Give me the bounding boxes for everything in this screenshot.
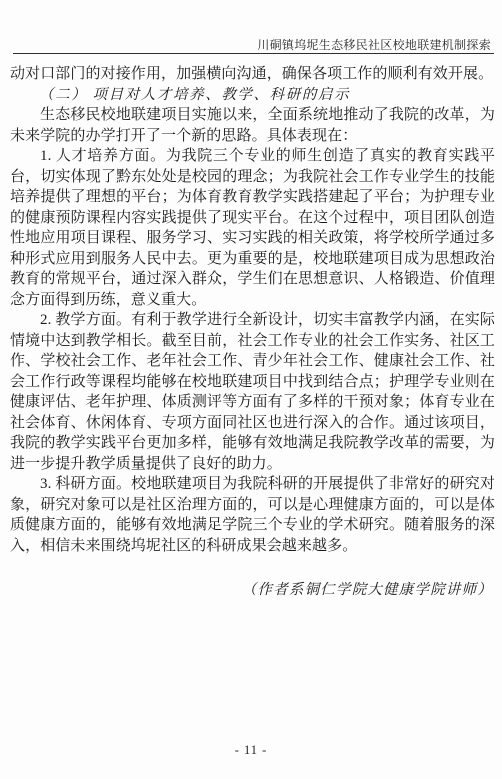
page-number: - 11 -	[0, 743, 502, 758]
author-note: （作者系铜仁学院大健康学院讲师）	[10, 580, 495, 601]
paragraph-continuation: 动对口部门的对接作用，加强横向沟通，确保各项工作的顺利有效开展。	[10, 64, 495, 85]
page-body: 动对口部门的对接作用，加强横向沟通，确保各项工作的顺利有效开展。 （二） 项目对…	[10, 64, 495, 601]
running-header-title: 川硐镇坞坭生态移民社区校地联建机制探索	[257, 36, 491, 53]
paragraph-intro: 生态移民校地联建项目实施以来，全面系统地推动了我院的改革，为未来学院的办学打开了…	[10, 105, 495, 146]
paragraph-research: 3. 科研方面。校地联建项目为我院科研的开展提供了非常好的研究对象，研究对象可以…	[10, 474, 495, 556]
document-page: 川硐镇坞坭生态移民社区校地联建机制探索 动对口部门的对接作用，加强横向沟通，确保…	[0, 0, 502, 779]
header-rule	[13, 53, 494, 54]
paragraph-talent-cultivation: 1. 人才培养方面。为我院三个专业的师生创造了真实的教育实践平台，切实体现了黔东…	[10, 146, 495, 310]
section-heading: （二） 项目对人才培养、教学、科研的启示	[10, 85, 495, 106]
paragraph-teaching: 2. 教学方面。有利于教学进行全新设计，切实丰富教学内涵，在实际情境中达到教学相…	[10, 310, 495, 474]
